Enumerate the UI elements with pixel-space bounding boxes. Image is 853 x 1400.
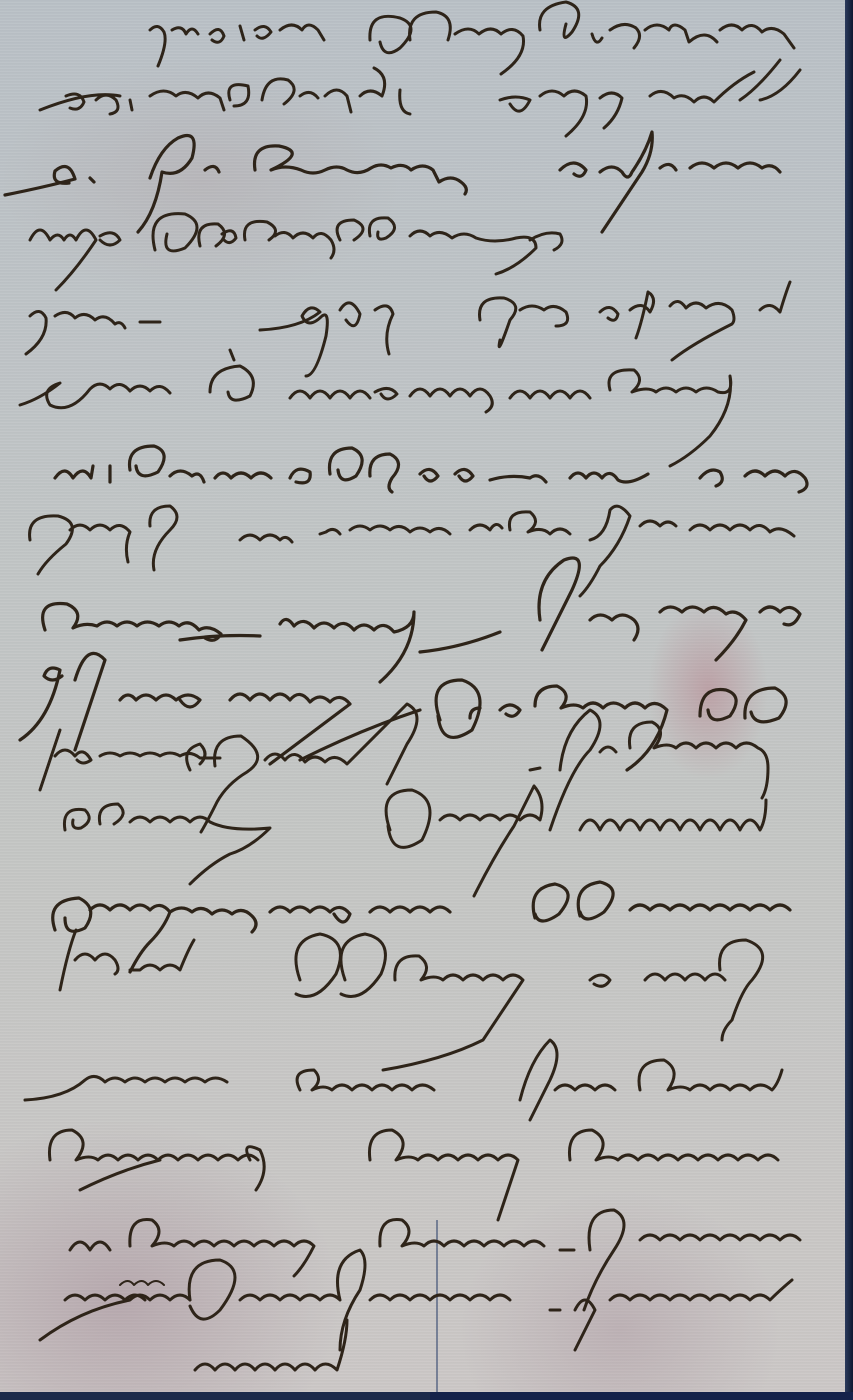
manuscript-line-12 — [64, 786, 766, 896]
manuscript-line-16 — [49, 1130, 778, 1220]
manuscript-line-19 — [120, 1281, 164, 1285]
manuscript-line-18 — [40, 1250, 792, 1350]
manuscript-line-1 — [150, 2, 794, 74]
manuscript-line-11 — [40, 704, 768, 832]
manuscript-line-7 — [55, 446, 807, 492]
manuscript-line-8 — [30, 506, 794, 596]
manuscript-line-5 — [26, 282, 790, 376]
manuscript-line-9 — [43, 558, 800, 682]
manuscript-line-6 — [20, 350, 731, 466]
manuscript-line-15 — [25, 1040, 782, 1120]
manuscript-line-4 — [30, 214, 562, 290]
manuscript-page: [handwritten Tamil line 1] [handwritten … — [0, 0, 845, 1392]
page-right-edge — [845, 0, 853, 1400]
manuscript-line-20 — [195, 1320, 347, 1370]
manuscript-line-2 — [40, 60, 800, 136]
handwriting-ink — [0, 0, 853, 1400]
page-bottom-edge — [430, 1392, 853, 1400]
manuscript-line-14 — [60, 930, 763, 1070]
manuscript-line-3 — [5, 132, 780, 232]
